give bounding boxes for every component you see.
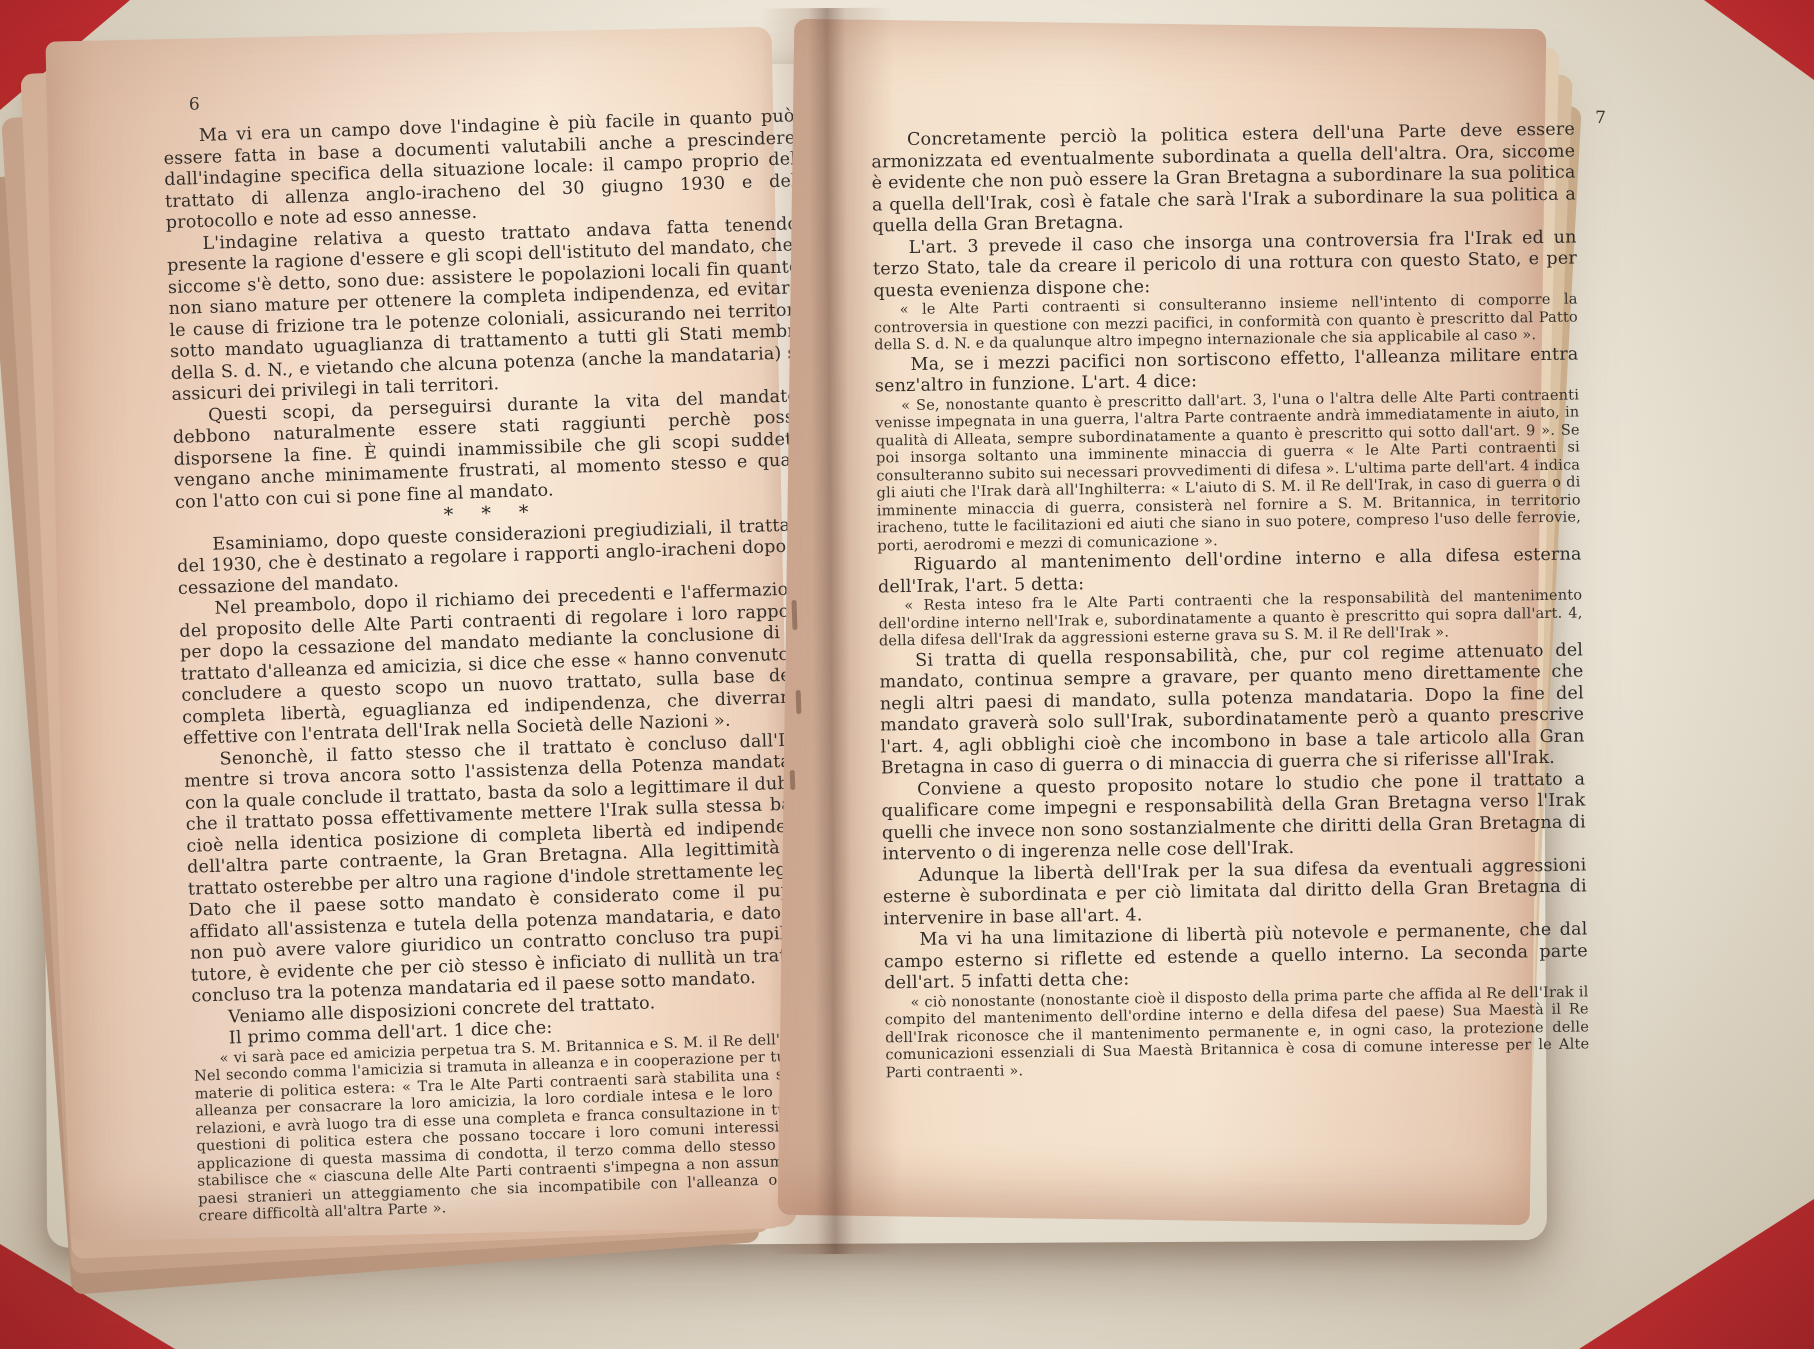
left-page: 6 Ma vi era un campo dove l'indagine è p… [46,27,797,1242]
right-page-number: 7 [1595,108,1606,128]
book-photograph: 6 Ma vi era un campo dove l'indagine è p… [0,0,1814,1349]
body-paragraph: Ma vi era un campo dove l'indagine è più… [163,106,798,234]
red-backing-corner-top-right [1704,0,1814,80]
right-page-text: Concretamente perciò la politica estera … [871,119,1590,1082]
left-page-number: 6 [189,95,200,115]
body-paragraph: Senonchè, il fatto stesso che il trattat… [183,729,823,1008]
body-paragraph: L'indagine relativa a questo trattato an… [166,214,803,407]
quoted-treaty-text: « vi sarà pace ed amicizia perpetua tra … [193,1030,830,1226]
red-backing-corner-bottom-right [1579,1199,1814,1349]
left-page-text: Ma vi era un campo dove l'indagine è più… [163,106,831,1226]
body-paragraph: Concretamente perciò la politica estera … [871,119,1577,238]
binding-stitch [791,600,797,630]
binding-stitch [796,690,802,714]
body-paragraph: Ma vi ha una limitazione di libertà più … [883,919,1588,995]
body-paragraph: Questi scopi, da perseguirsi durante la … [172,386,807,514]
body-paragraph: L'art. 3 prevede il caso che insorga una… [873,227,1578,303]
body-paragraph: Nel preambolo, dopo il richiamo dei prec… [178,579,815,750]
body-paragraph: Conviene a questo proposito notare lo st… [881,769,1586,866]
body-paragraph: Adunque la libertà dell'Irak per la sua … [882,855,1587,931]
quoted-treaty-text: « Se, nonostante quanto è prescritto dal… [875,387,1581,556]
binding-stitch [790,770,796,790]
quoted-treaty-text: « ciò nonostante (nonostante cioè il dis… [884,984,1589,1083]
right-page: 7 Concretamente perciò la politica ester… [778,19,1547,1225]
body-paragraph: Si tratta di quella responsabilità, che,… [879,640,1585,780]
